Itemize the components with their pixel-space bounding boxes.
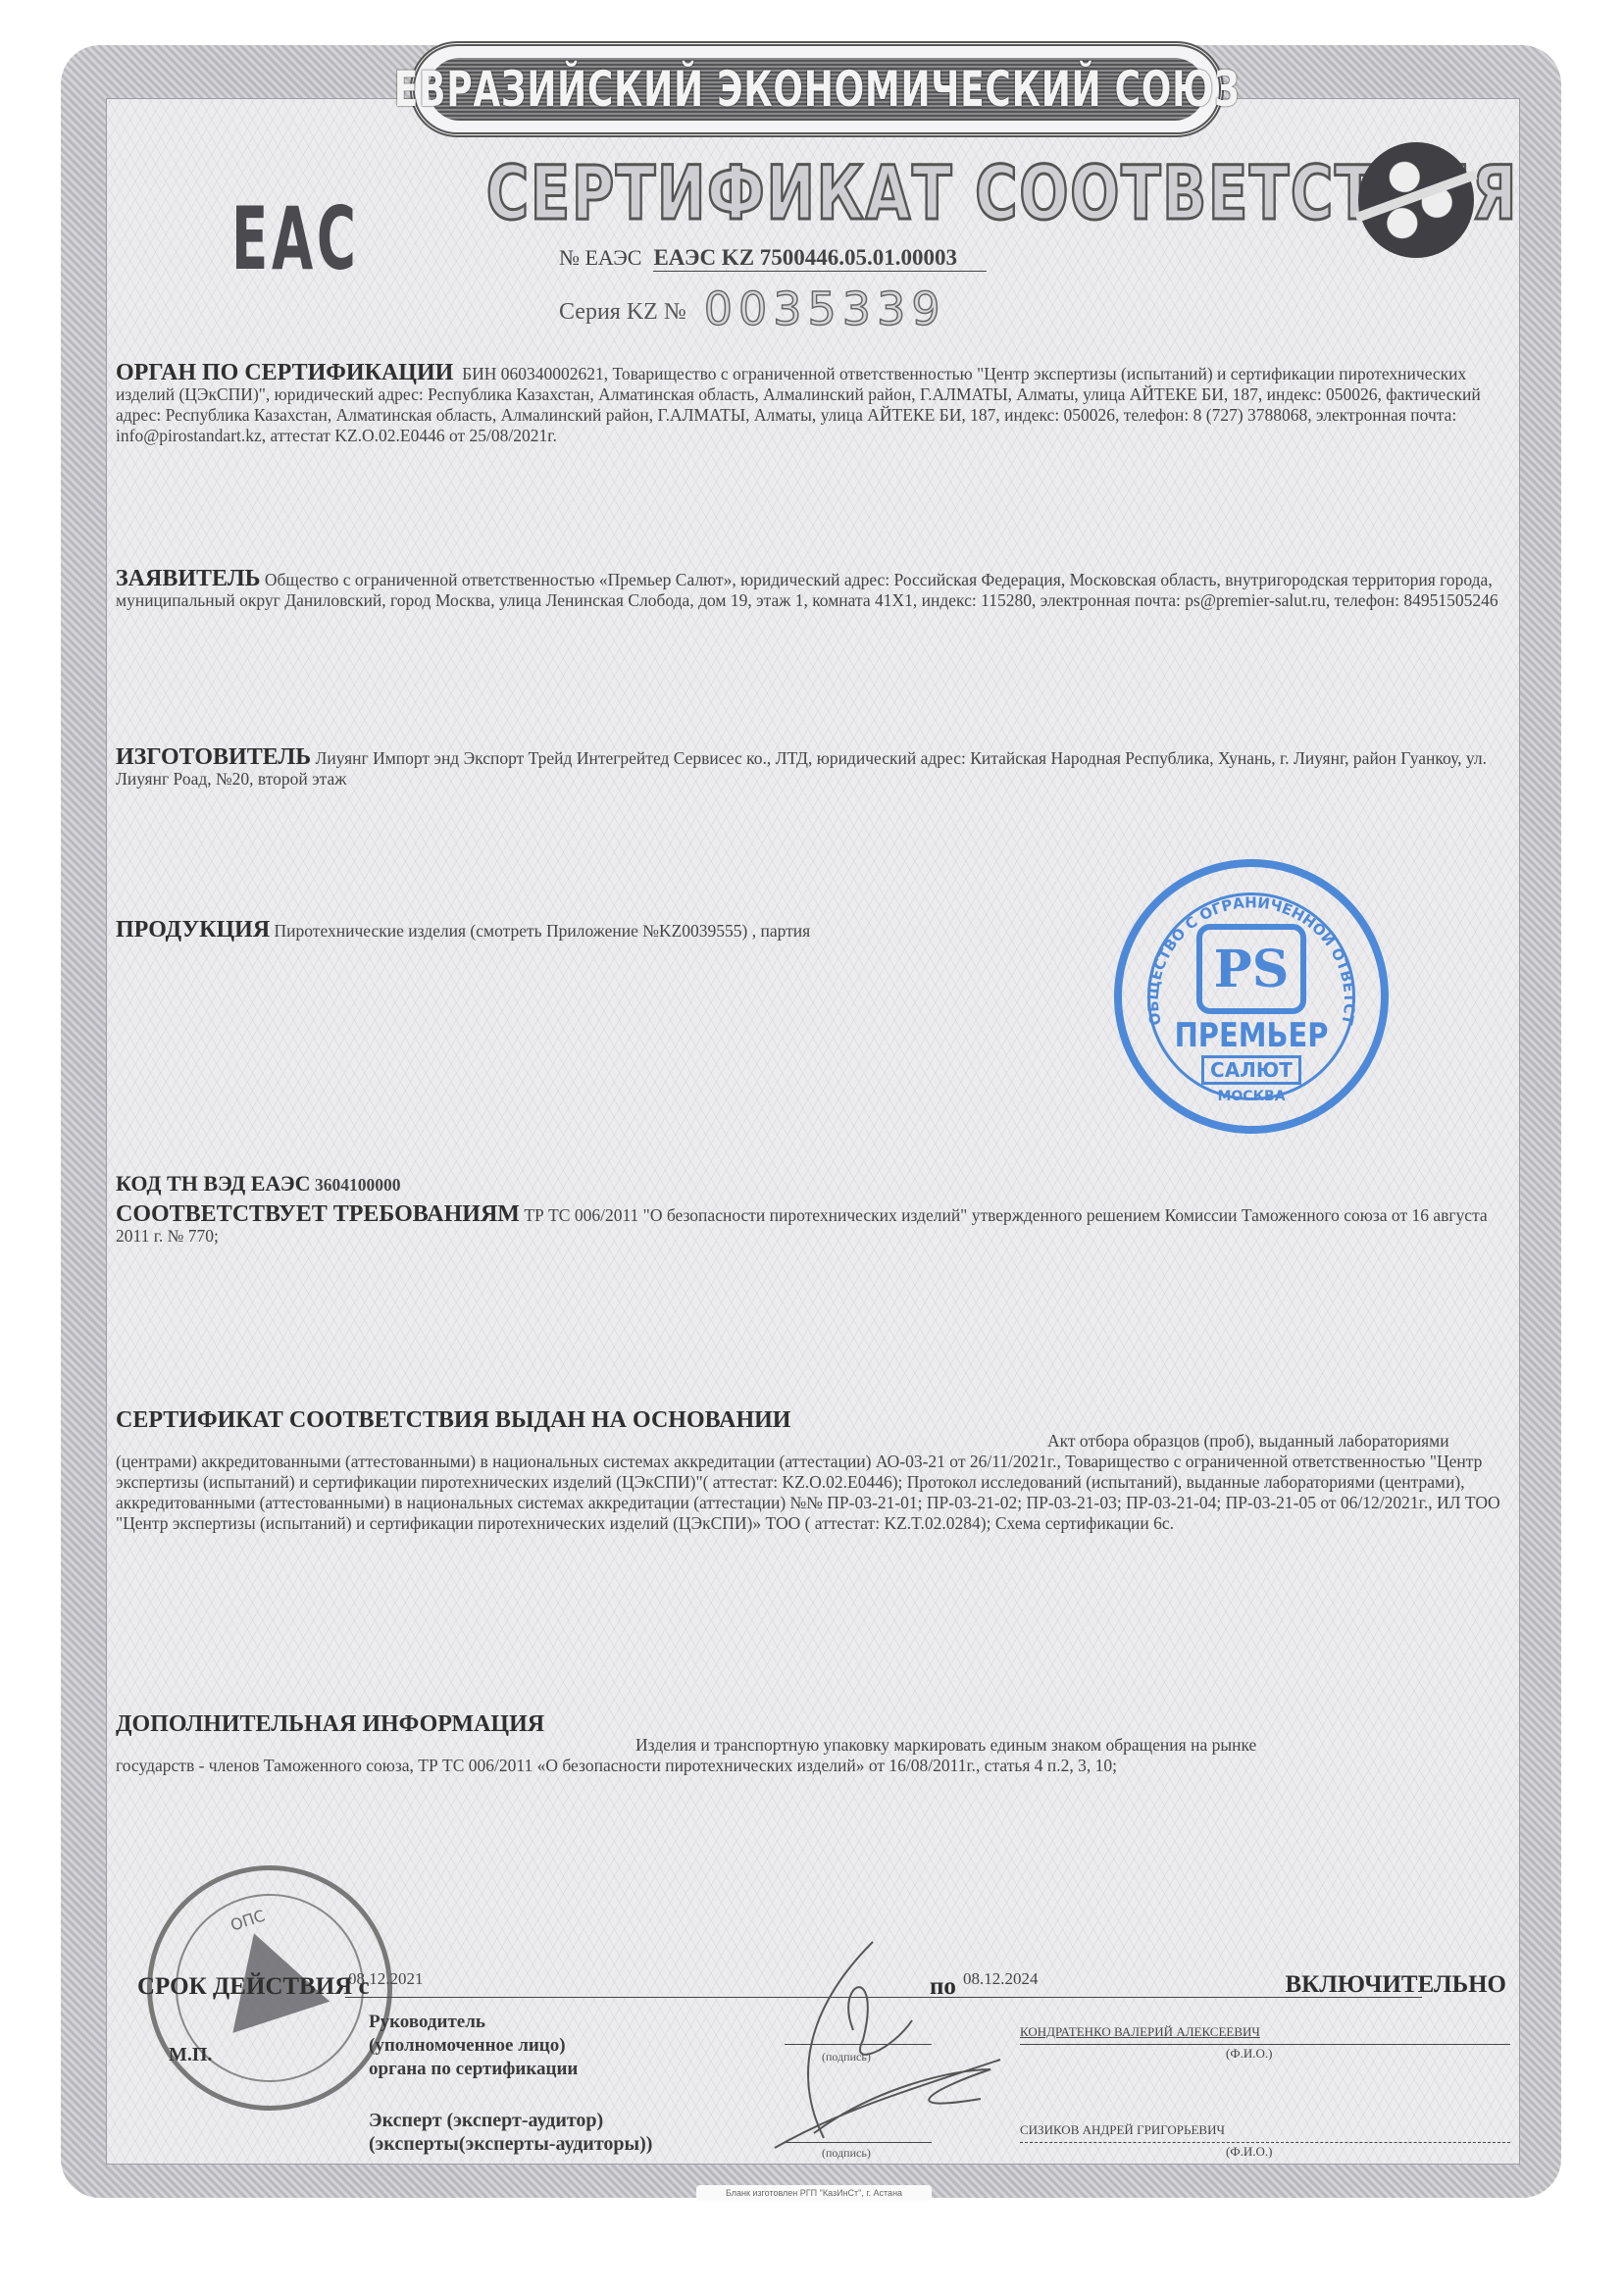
fio-caption: (Ф.И.О.) xyxy=(1226,2144,1272,2160)
validity-inclusive: ВКЛЮЧИТЕЛЬНО xyxy=(1286,1971,1507,1999)
series-number-value: 0035339 xyxy=(704,282,946,335)
stamp-city: МОСКВА xyxy=(1122,1089,1381,1104)
hs-code-value: 3604100000 xyxy=(315,1175,401,1195)
section-heading: СООТВЕТСТВУЕТ ТРЕБОВАНИЯМ xyxy=(116,1201,520,1227)
series-number: Серия KZ № 0035339 xyxy=(559,282,946,335)
hologram-icon xyxy=(1358,142,1474,258)
expert-name: СИЗИКОВ АНДРЕЙ ГРИГОРЬЕВИЧ xyxy=(1020,2122,1225,2138)
certificate-number: № ЕАЭС ЕАЭС KZ 7500446.05.01.00003 xyxy=(559,245,987,272)
stamp-brand-2: САЛЮТ xyxy=(1201,1055,1301,1085)
applicant-stamp: ОБЩЕСТВО С ОГРАНИЧЕННОЙ ОТВЕТСТВЕННОСТЬЮ… xyxy=(1114,859,1389,1134)
section-text-first: Изделия и транспортную упаковку маркиров… xyxy=(116,1735,1508,1756)
section-manufacturer: ИЗГОТОВИТЕЛЬ Лиуянг Импорт энд Экспорт Т… xyxy=(116,747,1508,790)
head-role: Руководитель (уполномоченное лицо) орган… xyxy=(369,2011,578,2081)
certificate-number-value: ЕАЭС KZ 7500446.05.01.00003 xyxy=(653,245,987,272)
stamp-place-label: М.П. xyxy=(169,2044,212,2066)
union-name: ЕВРАЗИЙСКИЙ ЭКОНОМИЧЕСКИЙ СОЮЗ xyxy=(394,61,1241,118)
section-heading: КОД ТН ВЭД ЕАЭС xyxy=(116,1171,311,1196)
head-name: КОНДРАТЕНКО ВАЛЕРИЙ АЛЕКСЕЕВИЧ xyxy=(1020,2024,1260,2040)
section-text: Пиротехнические изделия (смотреть Прилож… xyxy=(275,921,811,941)
section-text: Лиуянг Импорт энд Экспорт Трейд Интегрей… xyxy=(116,748,1487,789)
section-product: ПРОДУКЦИЯ Пиротехнические изделия (смотр… xyxy=(116,920,998,942)
section-heading: ИЗГОТОВИТЕЛЬ xyxy=(116,744,311,770)
validity-label: СРОК ДЕЙСТВИЯ с xyxy=(137,1973,370,2001)
union-banner: ЕВРАЗИЙСКИЙ ЭКОНОМИЧЕСКИЙ СОЮЗ xyxy=(410,41,1224,137)
section-text: (центрами) аккредитованными (аттестованн… xyxy=(116,1452,1508,1534)
section-additional: ДОПОЛНИТЕЛЬНАЯ ИНФОРМАЦИЯ Изделия и тран… xyxy=(116,1714,1508,1776)
premier-logo-icon: PS xyxy=(1196,924,1306,1014)
section-text: государств - членов Таможенного союза, Т… xyxy=(116,1756,1508,1776)
section-hs-code: КОД ТН ВЭД ЕАЭС 3604100000 xyxy=(116,1173,1508,1196)
expert-role: Эксперт (эксперт-аудитор) (эксперты(эксп… xyxy=(369,2109,652,2156)
section-heading: ДОПОЛНИТЕЛЬНАЯ ИНФОРМАЦИЯ xyxy=(116,1714,1508,1735)
stamp-brand: ПРЕМЬЕР xyxy=(1142,1016,1361,1055)
section-heading: ЗАЯВИТЕЛЬ xyxy=(116,566,260,591)
section-compliance: СООТВЕТСТВУЕТ ТРЕБОВАНИЯМ ТР ТС 006/2011… xyxy=(116,1204,1508,1247)
handwritten-signature-icon xyxy=(755,1922,1010,2158)
section-heading: СЕРТИФИКАТ СООТВЕТСТВИЯ ВЫДАН НА ОСНОВАН… xyxy=(116,1410,1508,1431)
section-certification-body: ОРГАН ПО СЕРТИФИКАЦИИ БИН 060340002621, … xyxy=(116,363,1508,446)
section-text-first: Акт отбора образцов (проб), выданный лаб… xyxy=(116,1431,1508,1452)
section-basis: СЕРТИФИКАТ СООТВЕТСТВИЯ ВЫДАН НА ОСНОВАН… xyxy=(116,1410,1508,1534)
printer-note: Бланк изготовлен РГП "КазИнСт", г. Астан… xyxy=(696,2185,932,2201)
certificate-title: СЕРТИФИКАТ СООТВЕТСТВИЯ xyxy=(486,149,1152,236)
section-heading: ПРОДУКЦИЯ xyxy=(116,917,270,943)
section-applicant: ЗАЯВИТЕЛЬ Общество с ограниченной ответс… xyxy=(116,569,1508,611)
section-heading: ОРГАН ПО СЕРТИФИКАЦИИ xyxy=(116,360,453,385)
fio-caption: (Ф.И.О.) xyxy=(1226,2046,1272,2062)
eac-mark-icon: ЕАС xyxy=(231,188,360,289)
section-text: Общество с ограниченной ответственностью… xyxy=(116,570,1498,610)
validity-from: 08.12.2021 xyxy=(348,1969,424,1989)
